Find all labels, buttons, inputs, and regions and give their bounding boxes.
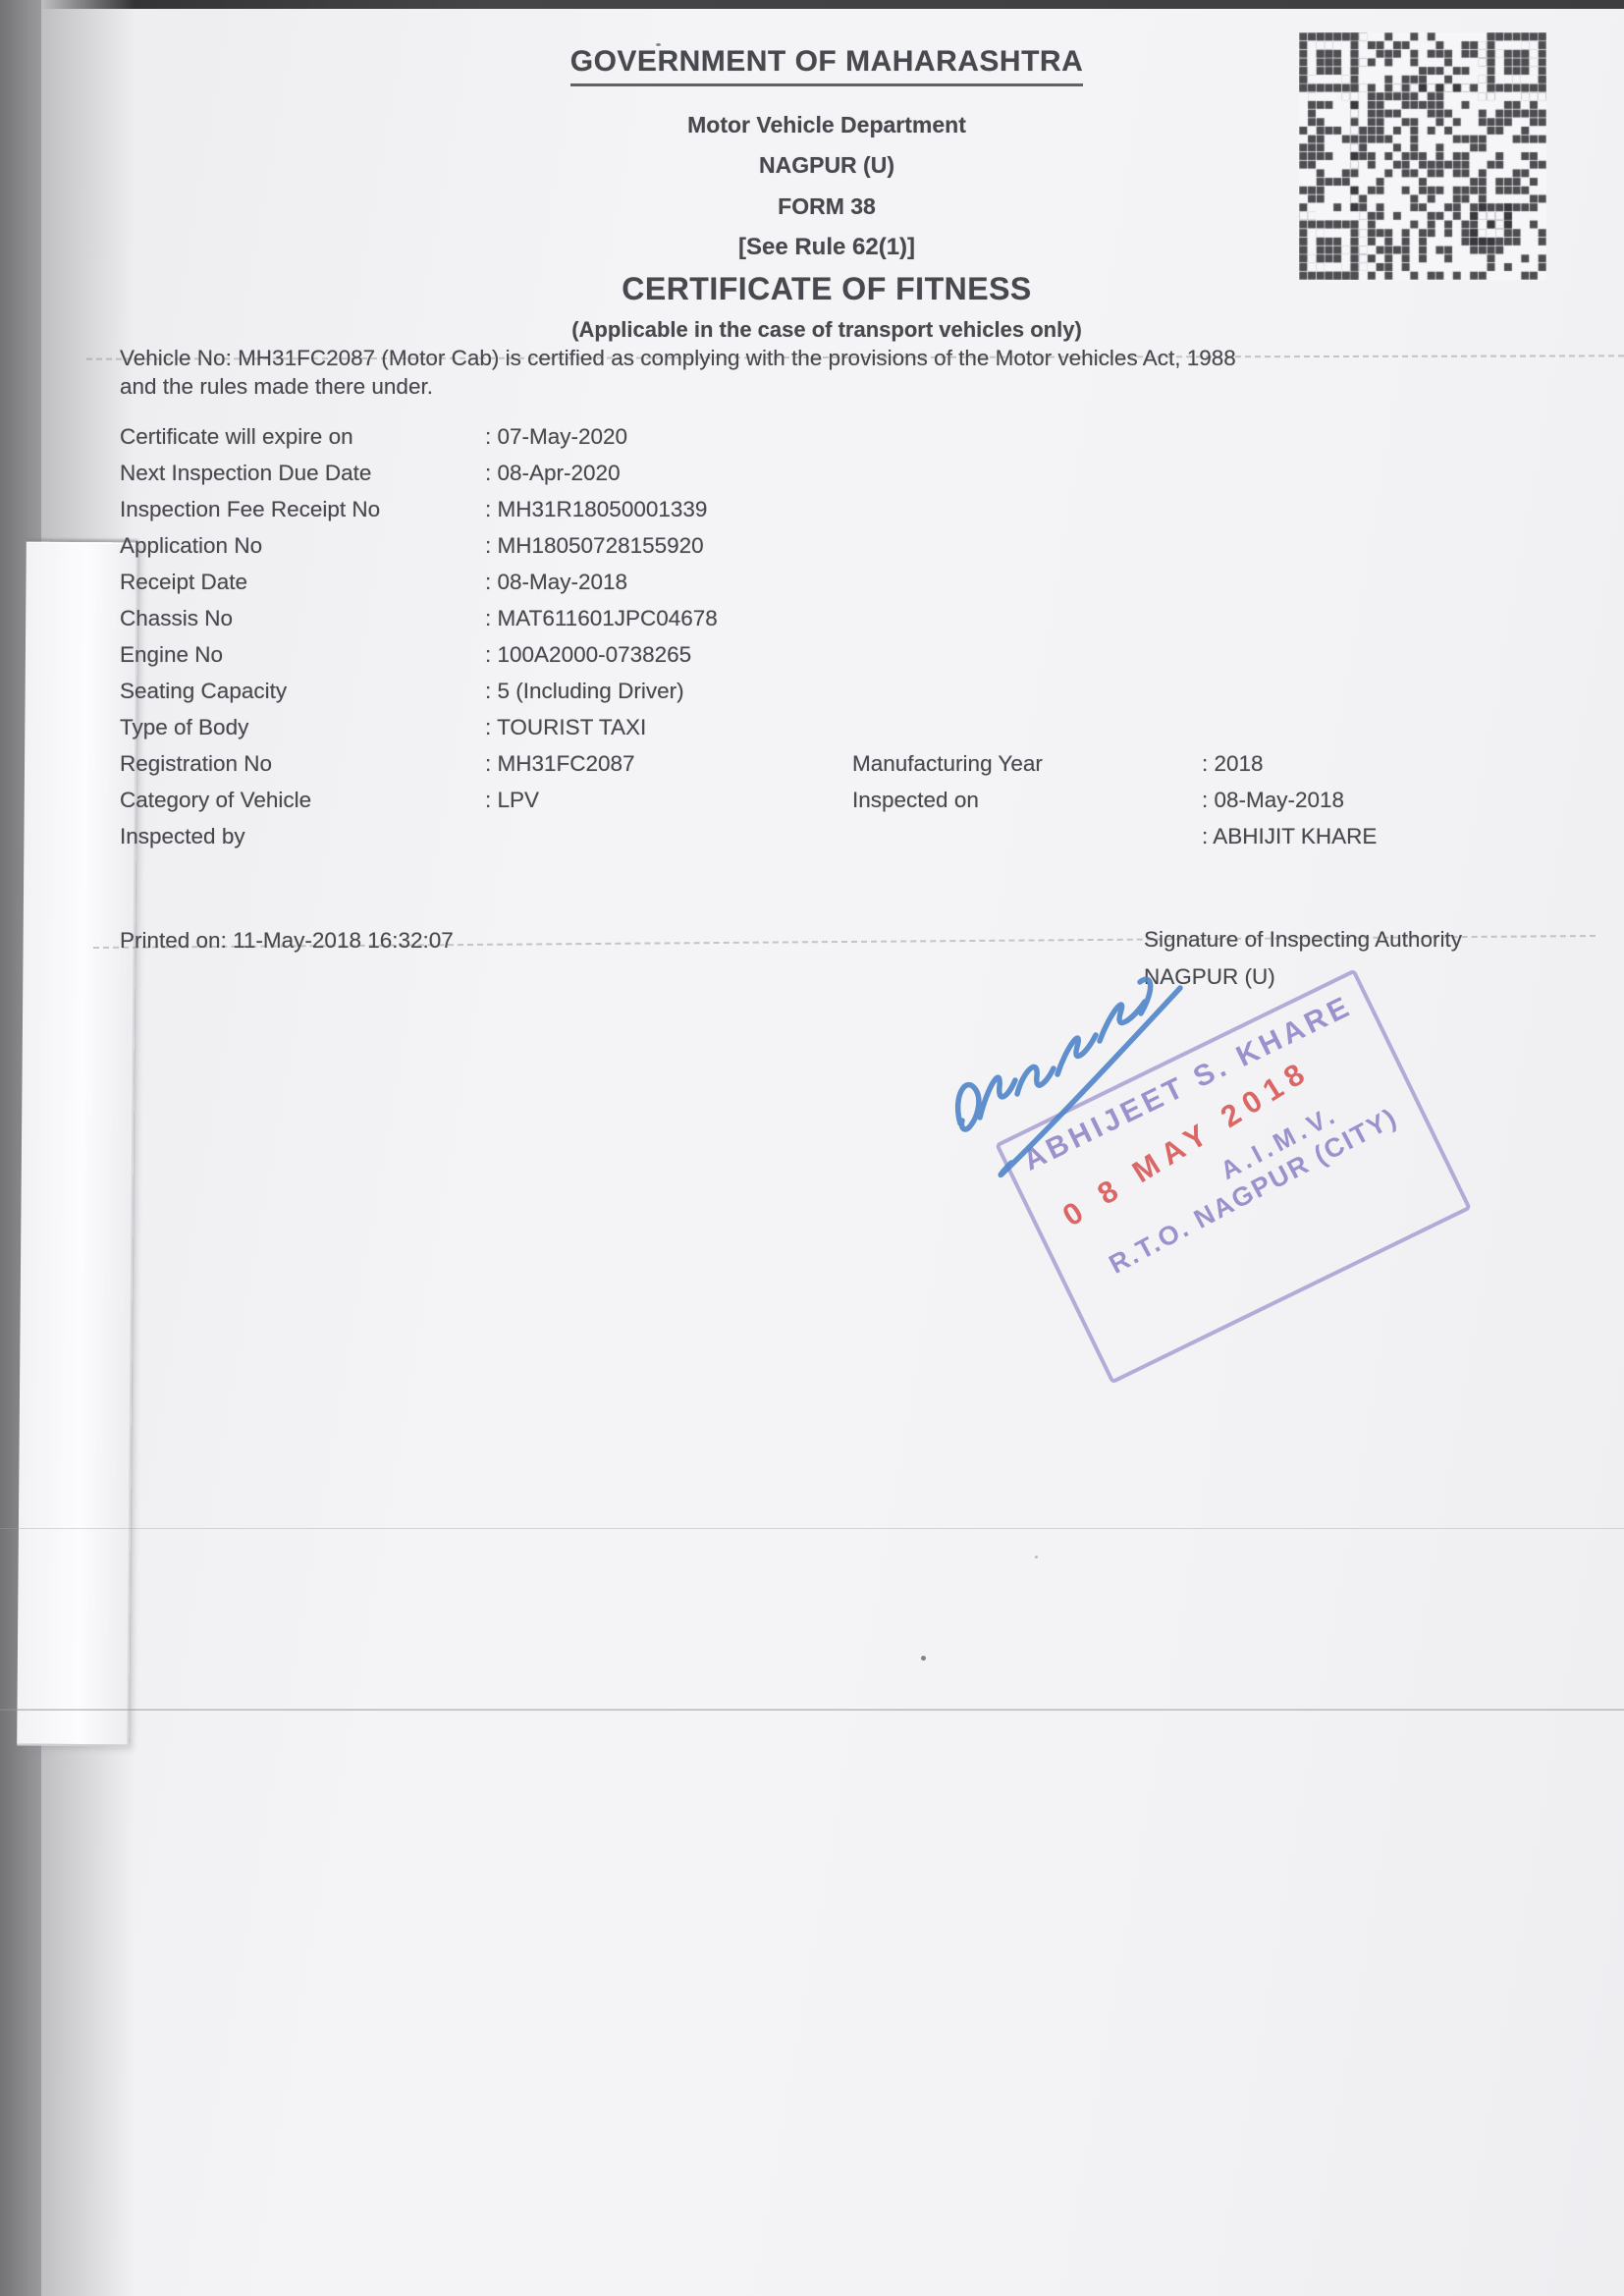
scan-speck <box>1035 1556 1038 1558</box>
field-value: : 08-Apr-2020 <box>485 461 621 485</box>
field-label: Type of Body <box>120 715 485 740</box>
printed-on-timestamp: Printed on: 11-May-2018 16:32:07 <box>120 928 454 954</box>
government-title: GOVERNMENT OF MAHARASHTRA <box>128 45 1526 86</box>
field-row: Registration No: MH31FC2087 <box>120 751 718 788</box>
field-label: Inspected on <box>852 788 1202 813</box>
field-label: Application No <box>120 533 485 559</box>
certification-statement: Vehicle No: MH31FC2087 (Motor Cab) is ce… <box>120 344 1573 401</box>
field-value: : 2018 <box>1202 751 1264 776</box>
field-value: : LPV <box>485 788 539 812</box>
field-row: Inspected by <box>120 824 718 860</box>
field-label: Chassis No <box>120 606 485 631</box>
field-row: Receipt Date: 08-May-2018 <box>120 570 718 606</box>
field-value: : MH31FC2087 <box>485 751 635 776</box>
certificate-subtitle: (Applicable in the case of transport veh… <box>128 317 1526 343</box>
scanned-certificate-page: GOVERNMENT OF MAHARASHTRA Motor Vehicle … <box>0 0 1624 2296</box>
field-value: : 08-May-2018 <box>485 570 627 594</box>
field-label: Seating Capacity <box>120 679 485 704</box>
field-value: : MAT611601JPC04678 <box>485 606 718 630</box>
form-number: FORM 38 <box>128 193 1526 220</box>
vehicle-details-right-column: Manufacturing Year: 2018 Inspected on: 0… <box>852 751 1377 860</box>
field-label: Category of Vehicle <box>120 788 485 813</box>
field-row: Seating Capacity: 5 (Including Driver) <box>120 679 718 715</box>
field-value: : 07-May-2020 <box>485 424 627 449</box>
field-label: Receipt Date <box>120 570 485 595</box>
statement-line-1: Vehicle No: MH31FC2087 (Motor Cab) is ce… <box>120 344 1573 372</box>
field-row: Next Inspection Due Date: 08-Apr-2020 <box>120 461 718 497</box>
field-row: Inspection Fee Receipt No: MH31R18050001… <box>120 497 718 533</box>
field-value: : TOURIST TAXI <box>485 715 646 739</box>
field-value: : 100A2000-0738265 <box>485 642 691 667</box>
scan-speck <box>921 1656 926 1661</box>
office-name: NAGPUR (U) <box>128 152 1526 179</box>
field-row: : ABHIJIT KHARE <box>852 824 1377 860</box>
field-value: : MH31R18050001339 <box>485 497 707 521</box>
department-title: Motor Vehicle Department <box>128 112 1526 138</box>
field-row: Chassis No: MAT611601JPC04678 <box>120 606 718 642</box>
paper-crease-line <box>0 1709 1624 1711</box>
field-value: : ABHIJIT KHARE <box>1202 824 1377 848</box>
field-label: Registration No <box>120 751 485 777</box>
field-value: : 08-May-2018 <box>1202 788 1344 812</box>
field-label: Certificate will expire on <box>120 424 485 450</box>
handwritten-signature <box>923 931 1218 1186</box>
field-label: Inspection Fee Receipt No <box>120 497 485 522</box>
field-label: Next Inspection Due Date <box>120 461 485 486</box>
rule-reference: [See Rule 62(1)] <box>128 234 1526 261</box>
field-row: Inspected on: 08-May-2018 <box>852 788 1377 824</box>
scan-top-edge <box>0 0 1624 9</box>
field-value: : MH18050728155920 <box>485 533 704 558</box>
field-row: Type of Body: TOURIST TAXI <box>120 715 718 751</box>
field-row: Engine No: 100A2000-0738265 <box>120 642 718 679</box>
field-row: Category of Vehicle: LPV <box>120 788 718 824</box>
field-label: Manufacturing Year <box>852 751 1202 777</box>
certificate-title: CERTIFICATE OF FITNESS <box>128 271 1526 307</box>
field-label: Engine No <box>120 642 485 668</box>
signature-underline <box>1001 988 1180 1175</box>
field-row: Manufacturing Year: 2018 <box>852 751 1377 788</box>
field-row: Certificate will expire on: 07-May-2020 <box>120 424 718 461</box>
field-label: Inspected by <box>120 824 485 849</box>
field-row: Application No: MH18050728155920 <box>120 533 718 570</box>
field-value: : 5 (Including Driver) <box>485 679 684 703</box>
paper-crease-line <box>0 1528 1624 1529</box>
statement-line-2: and the rules made there under. <box>120 372 1573 401</box>
vehicle-details-left-column: Certificate will expire on: 07-May-2020 … <box>120 424 718 860</box>
